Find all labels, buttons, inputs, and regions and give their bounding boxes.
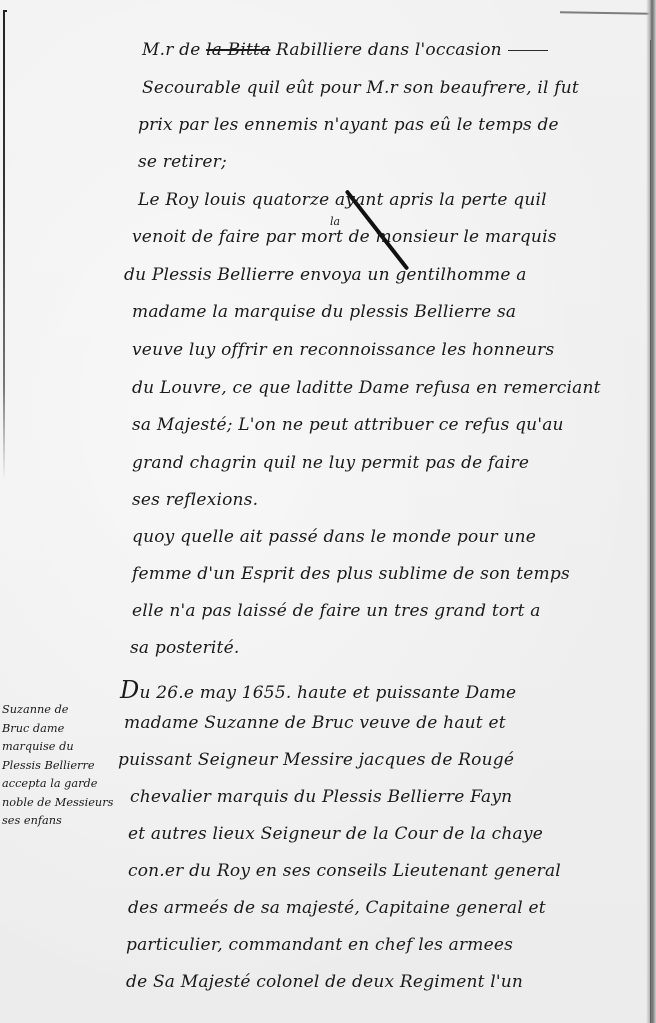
text-line-21: chevalier marquis du Plessis Bellierre F… bbox=[130, 787, 512, 807]
text-line-20: puissant Seigneur Messire jacques de Rou… bbox=[118, 750, 514, 770]
text-line-6: venoit de faire par mort de monsieur le … bbox=[132, 227, 557, 247]
text-line-4: se retirer; bbox=[138, 152, 227, 172]
text-line-9: veuve luy offrir en reconnoissance les h… bbox=[132, 340, 554, 360]
text-line-7: du Plessis Bellierre envoya un gentilhom… bbox=[124, 265, 527, 285]
text-line-24: des armeés de sa majesté, Capitaine gene… bbox=[128, 898, 546, 918]
text-line-1: M.r de la Bitta Rabilliere dans l'occasi… bbox=[142, 40, 548, 60]
text-line-25: particulier, commandant en chef les arme… bbox=[126, 935, 513, 955]
margin-line: ses enfans bbox=[2, 811, 118, 830]
text-line-14: quoy quelle ait passé dans le monde pour… bbox=[132, 527, 536, 547]
line6-after: mort de monsieur le marquis bbox=[295, 227, 556, 247]
text-line-2: Secourable quil eût pour M.r son beaufre… bbox=[142, 78, 579, 98]
manuscript-page: M.r de la Bitta Rabilliere dans l'occasi… bbox=[0, 0, 656, 1023]
decorated-initial: D bbox=[120, 676, 139, 704]
text-line-17: sa posterité. bbox=[130, 638, 239, 658]
margin-line: marquise du bbox=[2, 737, 118, 756]
margin-annotation: Suzanne de Bruc dame marquise du Plessis… bbox=[2, 700, 120, 830]
margin-line: accepta la garde bbox=[2, 774, 118, 793]
line6-before: venoit de faire par bbox=[132, 227, 295, 247]
left-margin-rule bbox=[3, 10, 5, 480]
binding-gutter-shadow bbox=[646, 0, 656, 1023]
line1-suffix: Rabilliere dans l'occasion bbox=[270, 40, 501, 60]
text-line-10: du Louvre, ce que laditte Dame refusa en… bbox=[132, 378, 601, 398]
text-line-3: prix par les ennemis n'ayant pas eû le t… bbox=[138, 115, 559, 135]
text-line-11: sa Majesté; L'on ne peut attribuer ce re… bbox=[132, 415, 564, 435]
line18-rest: u 26.e may 1655. haute et puissante Dame bbox=[139, 683, 516, 703]
text-line-5: Le Roy louis quatorze ayant apris la per… bbox=[138, 190, 547, 210]
margin-line: Plessis Bellierre bbox=[2, 756, 118, 775]
text-line-15: femme d'un Esprit des plus sublime de so… bbox=[132, 564, 570, 584]
text-line-12: grand chagrin quil ne luy permit pas de … bbox=[132, 453, 529, 473]
binding-edge-line bbox=[650, 40, 651, 1023]
text-line-18: Du 26.e may 1655. haute et puissante Dam… bbox=[120, 676, 516, 704]
text-line-8: madame la marquise du plessis Bellierre … bbox=[132, 302, 516, 322]
text-line-23: con.er du Roy en ses conseils Lieutenant… bbox=[128, 861, 561, 881]
top-margin-rule bbox=[560, 11, 652, 15]
text-line-19: madame Suzanne de Bruc veuve de haut et bbox=[124, 713, 506, 733]
margin-line: Suzanne de bbox=[2, 700, 118, 719]
margin-line: noble de Messieurs bbox=[2, 793, 118, 812]
text-line-13: ses reflexions. bbox=[132, 490, 258, 510]
text-line-26: de Sa Majesté colonel de deux Regiment l… bbox=[126, 972, 523, 992]
line-filler bbox=[508, 50, 548, 51]
text-line-22: et autres lieux Seigneur de la Cour de l… bbox=[128, 824, 543, 844]
text-line-16: elle n'a pas laissé de faire un tres gra… bbox=[132, 601, 541, 621]
line1-prefix: M.r de bbox=[142, 40, 206, 60]
margin-line: Bruc dame bbox=[2, 719, 118, 738]
struck-out-text: la Bitta bbox=[206, 40, 270, 60]
